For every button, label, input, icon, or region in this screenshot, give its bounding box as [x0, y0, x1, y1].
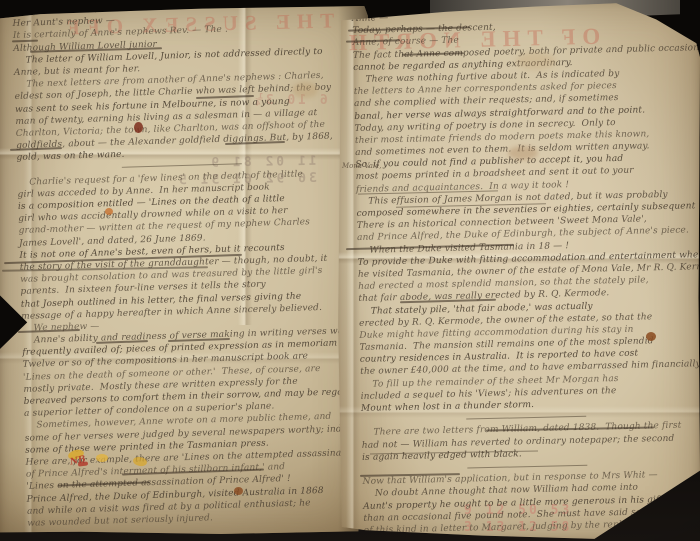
manuscript-photo: THE SUSSEX OFF 6 19 6 10 3¼ 11 02 81 936… — [0, 0, 700, 541]
faint-stain — [292, 82, 318, 98]
foxing-stain — [646, 332, 656, 341]
manuscript-page-left: THE SUSSEX OFF 6 19 6 10 3¼ 11 02 81 936… — [0, 0, 368, 541]
handwritten-text-block: Hertford 1869,Her Aunt's nephew —It is c… — [12, 0, 379, 530]
ink-blot-stain — [134, 122, 143, 133]
faint-stain — [508, 146, 538, 160]
faint-stain — [516, 52, 556, 70]
handwritten-text-block: Anne —Today, perhaps — the descent,Anne,… — [352, 5, 700, 537]
manuscript-page-right: OF THE NORTH 9 12 50 533 13 12 58 Anne —… — [336, 0, 700, 541]
wax-stain — [96, 454, 108, 462]
foxing-stain — [234, 487, 243, 495]
margin-note: Mona Vale, — [342, 162, 381, 170]
foxing-stain — [105, 208, 113, 215]
